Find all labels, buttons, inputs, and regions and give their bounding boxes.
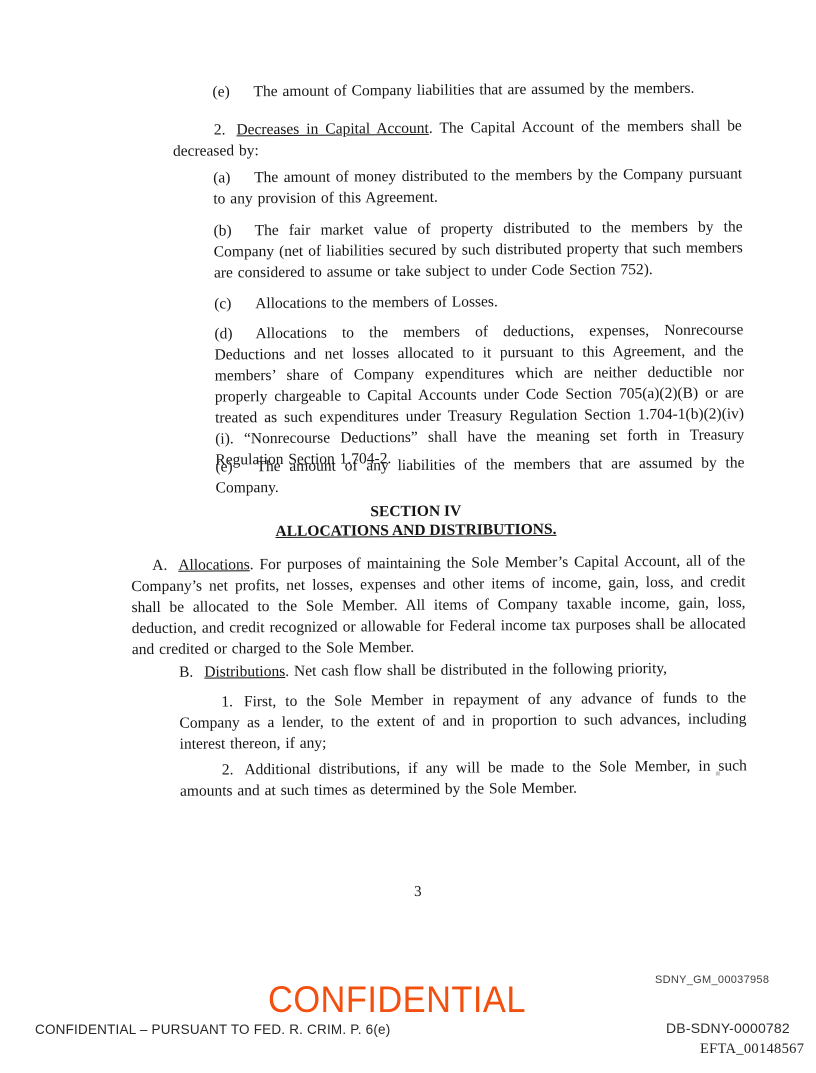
bates-number-db-sdny: DB-SDNY-0000782 bbox=[666, 1020, 790, 1036]
paragraph-text: The amount of money distributed to the m… bbox=[213, 165, 742, 207]
item-number: B. bbox=[179, 664, 204, 681]
section-heading-line2: ALLOCATIONS AND DISTRIBUTIONS. bbox=[131, 519, 701, 542]
paragraph-text: Allocations to the members of Losses. bbox=[255, 293, 498, 312]
item-number: 2. bbox=[214, 121, 237, 138]
paragraph-text: Allocations to the members of deductions… bbox=[215, 321, 745, 468]
paragraph-c: (c)Allocations to the members of Losses. bbox=[214, 289, 743, 314]
section-heading: SECTION IV ALLOCATIONS AND DISTRIBUTIONS… bbox=[131, 500, 701, 542]
confidential-stamp: CONFIDENTIAL bbox=[268, 982, 526, 1018]
paragraph-distributions: B.Distributions. Net cash flow shall be … bbox=[179, 657, 746, 682]
paragraph-e-first: (e)The amount of Company liabilities tha… bbox=[212, 77, 741, 102]
bates-number-sdny-gm: SDNY_GM_00037958 bbox=[655, 974, 769, 986]
item-label: (e) bbox=[215, 456, 256, 477]
item-label: (e) bbox=[212, 81, 253, 102]
paragraph-text: Additional distributions, if any will be… bbox=[180, 757, 747, 799]
paragraph-allocations: A.Allocations. For purposes of maintaini… bbox=[131, 550, 746, 660]
paragraph-first-priority: 1.First, to the Sole Member in repayment… bbox=[179, 687, 746, 754]
underlined-phrase: Decreases in Capital Account bbox=[236, 120, 429, 139]
paragraph-d: (d)Allocations to the members of deducti… bbox=[214, 319, 744, 470]
footer-confidential-notice: CONFIDENTIAL – PURSUANT TO FED. R. CRIM.… bbox=[35, 1022, 390, 1037]
item-number: 1. bbox=[221, 693, 244, 710]
item-label: (a) bbox=[213, 167, 254, 188]
paragraph-decreases: 2.Decreases in Capital Account. The Capi… bbox=[173, 115, 742, 161]
scanned-content: (e)The amount of Company liabilities tha… bbox=[0, 0, 816, 1073]
paragraph-additional-distributions: 2.Additional distributions, if any will … bbox=[180, 755, 747, 801]
scan-artifact bbox=[716, 772, 720, 776]
paragraph-text: . Net cash flow shall be distributed in … bbox=[285, 660, 667, 680]
item-label: (d) bbox=[214, 323, 255, 344]
paragraph-b: (b)The fair market value of property dis… bbox=[214, 216, 743, 283]
paragraph-a: (a)The amount of money distributed to th… bbox=[213, 163, 742, 209]
paragraph-e-second: (e)The amount of any liabilities of the … bbox=[215, 452, 744, 498]
item-number: 2. bbox=[222, 761, 245, 778]
item-number: A. bbox=[152, 557, 178, 574]
item-label: (b) bbox=[214, 220, 255, 241]
paragraph-text: First, to the Sole Member in repayment o… bbox=[179, 689, 746, 752]
paragraph-text: The fair market value of property distri… bbox=[214, 218, 743, 281]
paragraph-text: The amount of any liabilities of the mem… bbox=[216, 454, 745, 496]
bates-number-efta: EFTA_00148567 bbox=[700, 1041, 804, 1058]
item-label: (c) bbox=[214, 293, 255, 314]
page-number: 3 bbox=[3, 881, 816, 905]
document-page: (e)The amount of Company liabilities tha… bbox=[0, 0, 816, 1073]
paragraph-text: The amount of Company liabilities that a… bbox=[253, 80, 694, 100]
underlined-phrase: Distributions bbox=[204, 663, 285, 681]
underlined-phrase: Allocations bbox=[178, 556, 250, 574]
